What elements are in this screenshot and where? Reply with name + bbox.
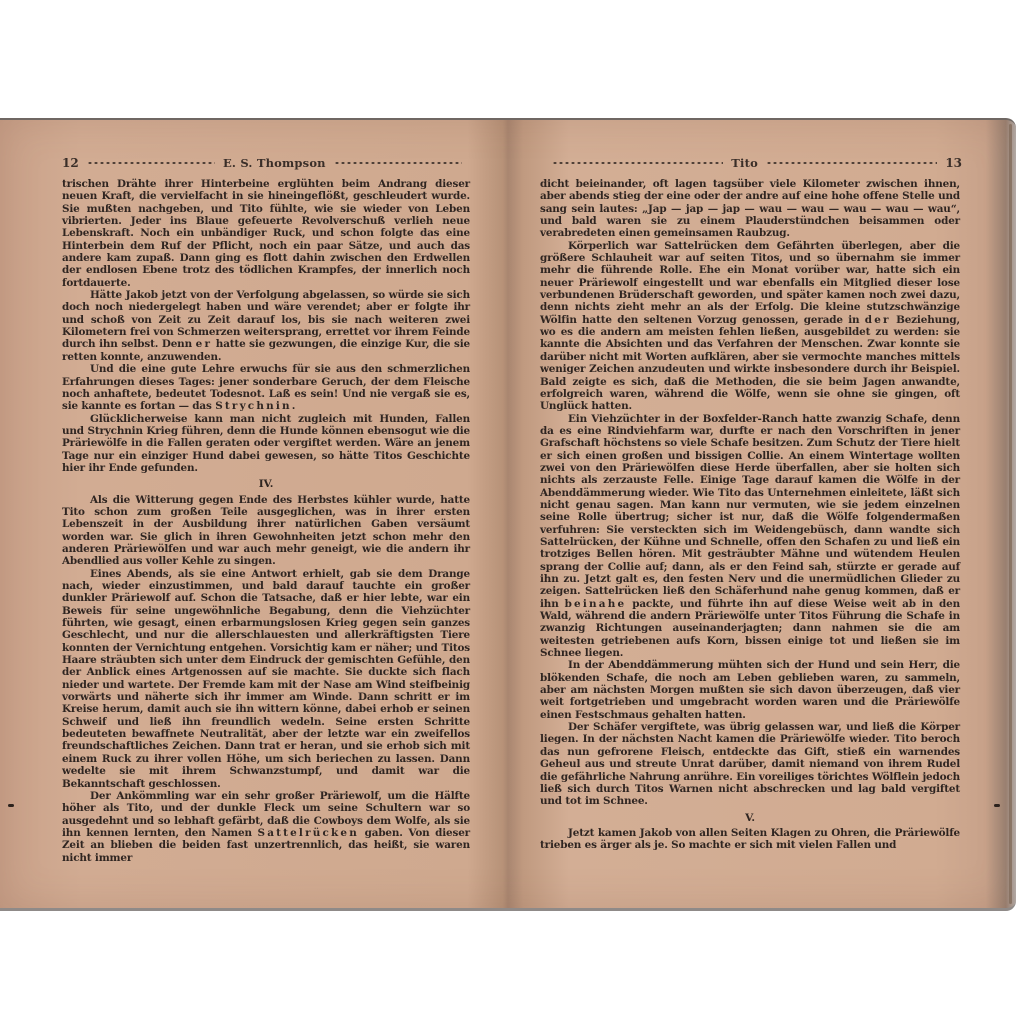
paragraph: Ein Viehzüchter in der Boxfelder-Ranch h…: [540, 413, 960, 660]
emphasis: beinahe: [565, 598, 627, 610]
paragraph: Und die eine gute Lehre erwuchs für sie …: [62, 363, 470, 412]
chapter-heading: V.: [540, 812, 960, 824]
paragraph: Der Schäfer vergiftete, was übrig gelass…: [540, 721, 960, 807]
right-page-header: Tito 13: [544, 156, 962, 170]
ornament-rule-icon: [766, 160, 937, 166]
paragraph: Jetzt kamen Jakob von allen Seiten Klage…: [540, 827, 960, 852]
paragraph: Der Ankömmling war ein sehr großer Präri…: [62, 790, 470, 864]
open-book-spread: 12 E. S. Thompson trischen Drähte ihrer …: [0, 118, 1016, 911]
page-blemish: [8, 804, 14, 807]
page-blemish: [994, 804, 1000, 807]
emphasis: er: [196, 338, 213, 350]
paragraph: Glücklicherweise kann man nicht zugleich…: [62, 413, 470, 475]
left-page-header: 12 E. S. Thompson: [62, 156, 470, 170]
page-number: 12: [62, 156, 79, 170]
left-page-body: trischen Drähte ihrer Hinterbeine erglüh…: [62, 178, 470, 864]
emphasis: der: [865, 314, 891, 326]
paragraph: Als die Witterung gegen Ende des Herbste…: [62, 494, 470, 568]
paragraph: In der Abenddämmerung mühten sich der Hu…: [540, 659, 960, 721]
right-page-body: dicht beieinander, oft lagen tagsüber vi…: [540, 178, 960, 852]
running-title: Tito: [731, 156, 758, 170]
ornament-rule-icon: [87, 160, 215, 166]
paragraph: Hätte Jakob jetzt von der Verfolgung abg…: [62, 289, 470, 363]
page-number: 13: [945, 156, 962, 170]
paragraph: dicht beieinander, oft lagen tagsüber vi…: [540, 178, 960, 240]
ornament-rule-icon: [334, 160, 462, 166]
ornament-rule-icon: [552, 160, 723, 166]
paragraph: Eines Abends, als sie eine Antwort erhie…: [62, 568, 470, 790]
paragraph: trischen Drähte ihrer Hinterbeine erglüh…: [62, 178, 470, 289]
chapter-heading: IV.: [62, 478, 470, 490]
running-title: E. S. Thompson: [223, 156, 326, 170]
paragraph: Körperlich war Sattelrücken dem Gefährte…: [540, 240, 960, 413]
emphasis: Strychnin: [215, 400, 292, 412]
emphasis: Sattelrücken: [257, 827, 359, 839]
right-page: Tito 13 dicht beieinander, oft lagen tag…: [508, 120, 1008, 908]
left-page: 12 E. S. Thompson trischen Drähte ihrer …: [0, 120, 505, 908]
